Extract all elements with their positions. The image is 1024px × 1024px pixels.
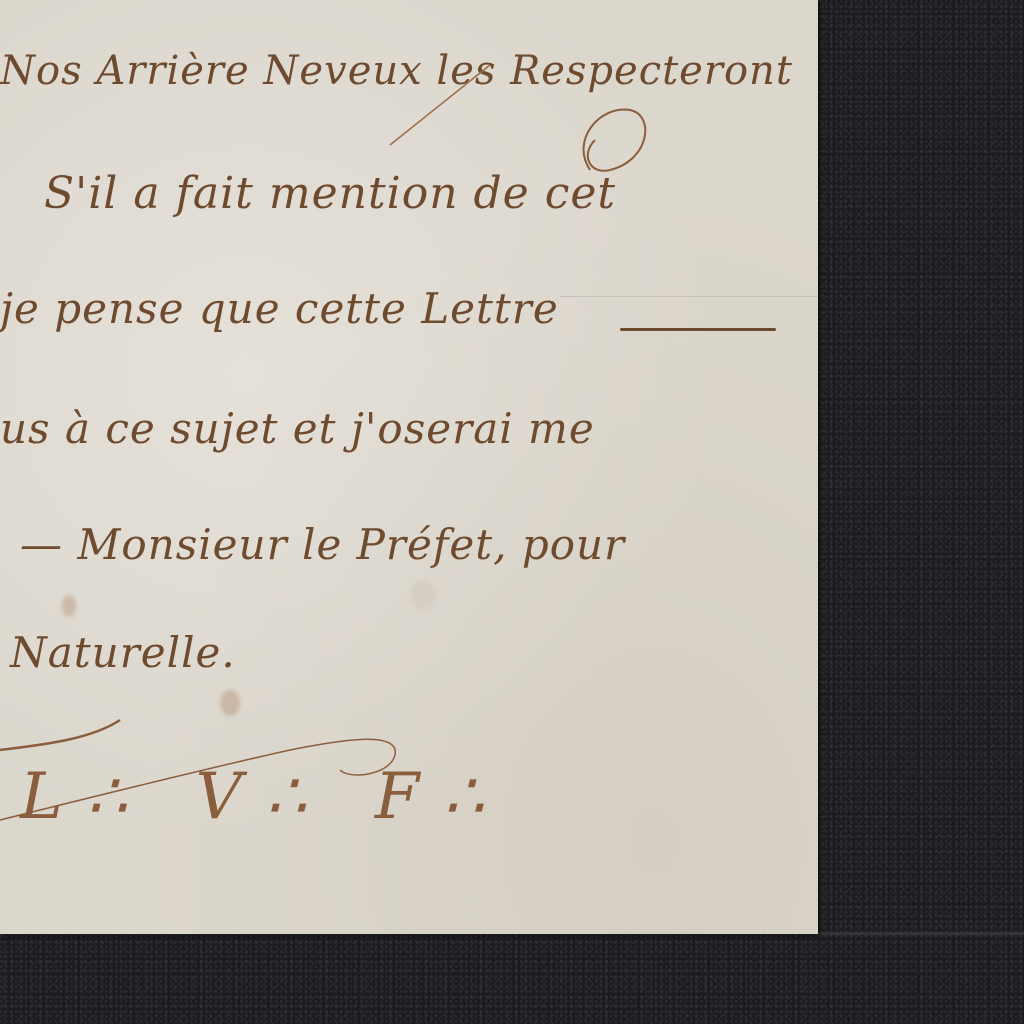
letter-line-2: S'il a fait mention de cet (44, 168, 616, 219)
ink-stain (220, 690, 240, 716)
letter-line-3: je pense que cette Lettre (0, 284, 559, 333)
signature-initials: L∴ V∴ F∴ (20, 760, 508, 834)
paper-fold-crease (560, 296, 818, 297)
letter-line-5: — Monsieur le Préfet, pour (20, 520, 625, 569)
paper-blemish (410, 580, 436, 610)
letter-line-4: us à ce sujet et j'oserai me (0, 404, 595, 453)
letter-paper: Nos Arrière Neveux les Respecteront S'il… (0, 0, 818, 934)
letter-line-6: Naturelle. (10, 628, 236, 677)
ink-stain (62, 595, 76, 617)
letter-line-1: Nos Arrière Neveux les Respecteront (0, 48, 793, 94)
line-end-dash (620, 328, 776, 331)
